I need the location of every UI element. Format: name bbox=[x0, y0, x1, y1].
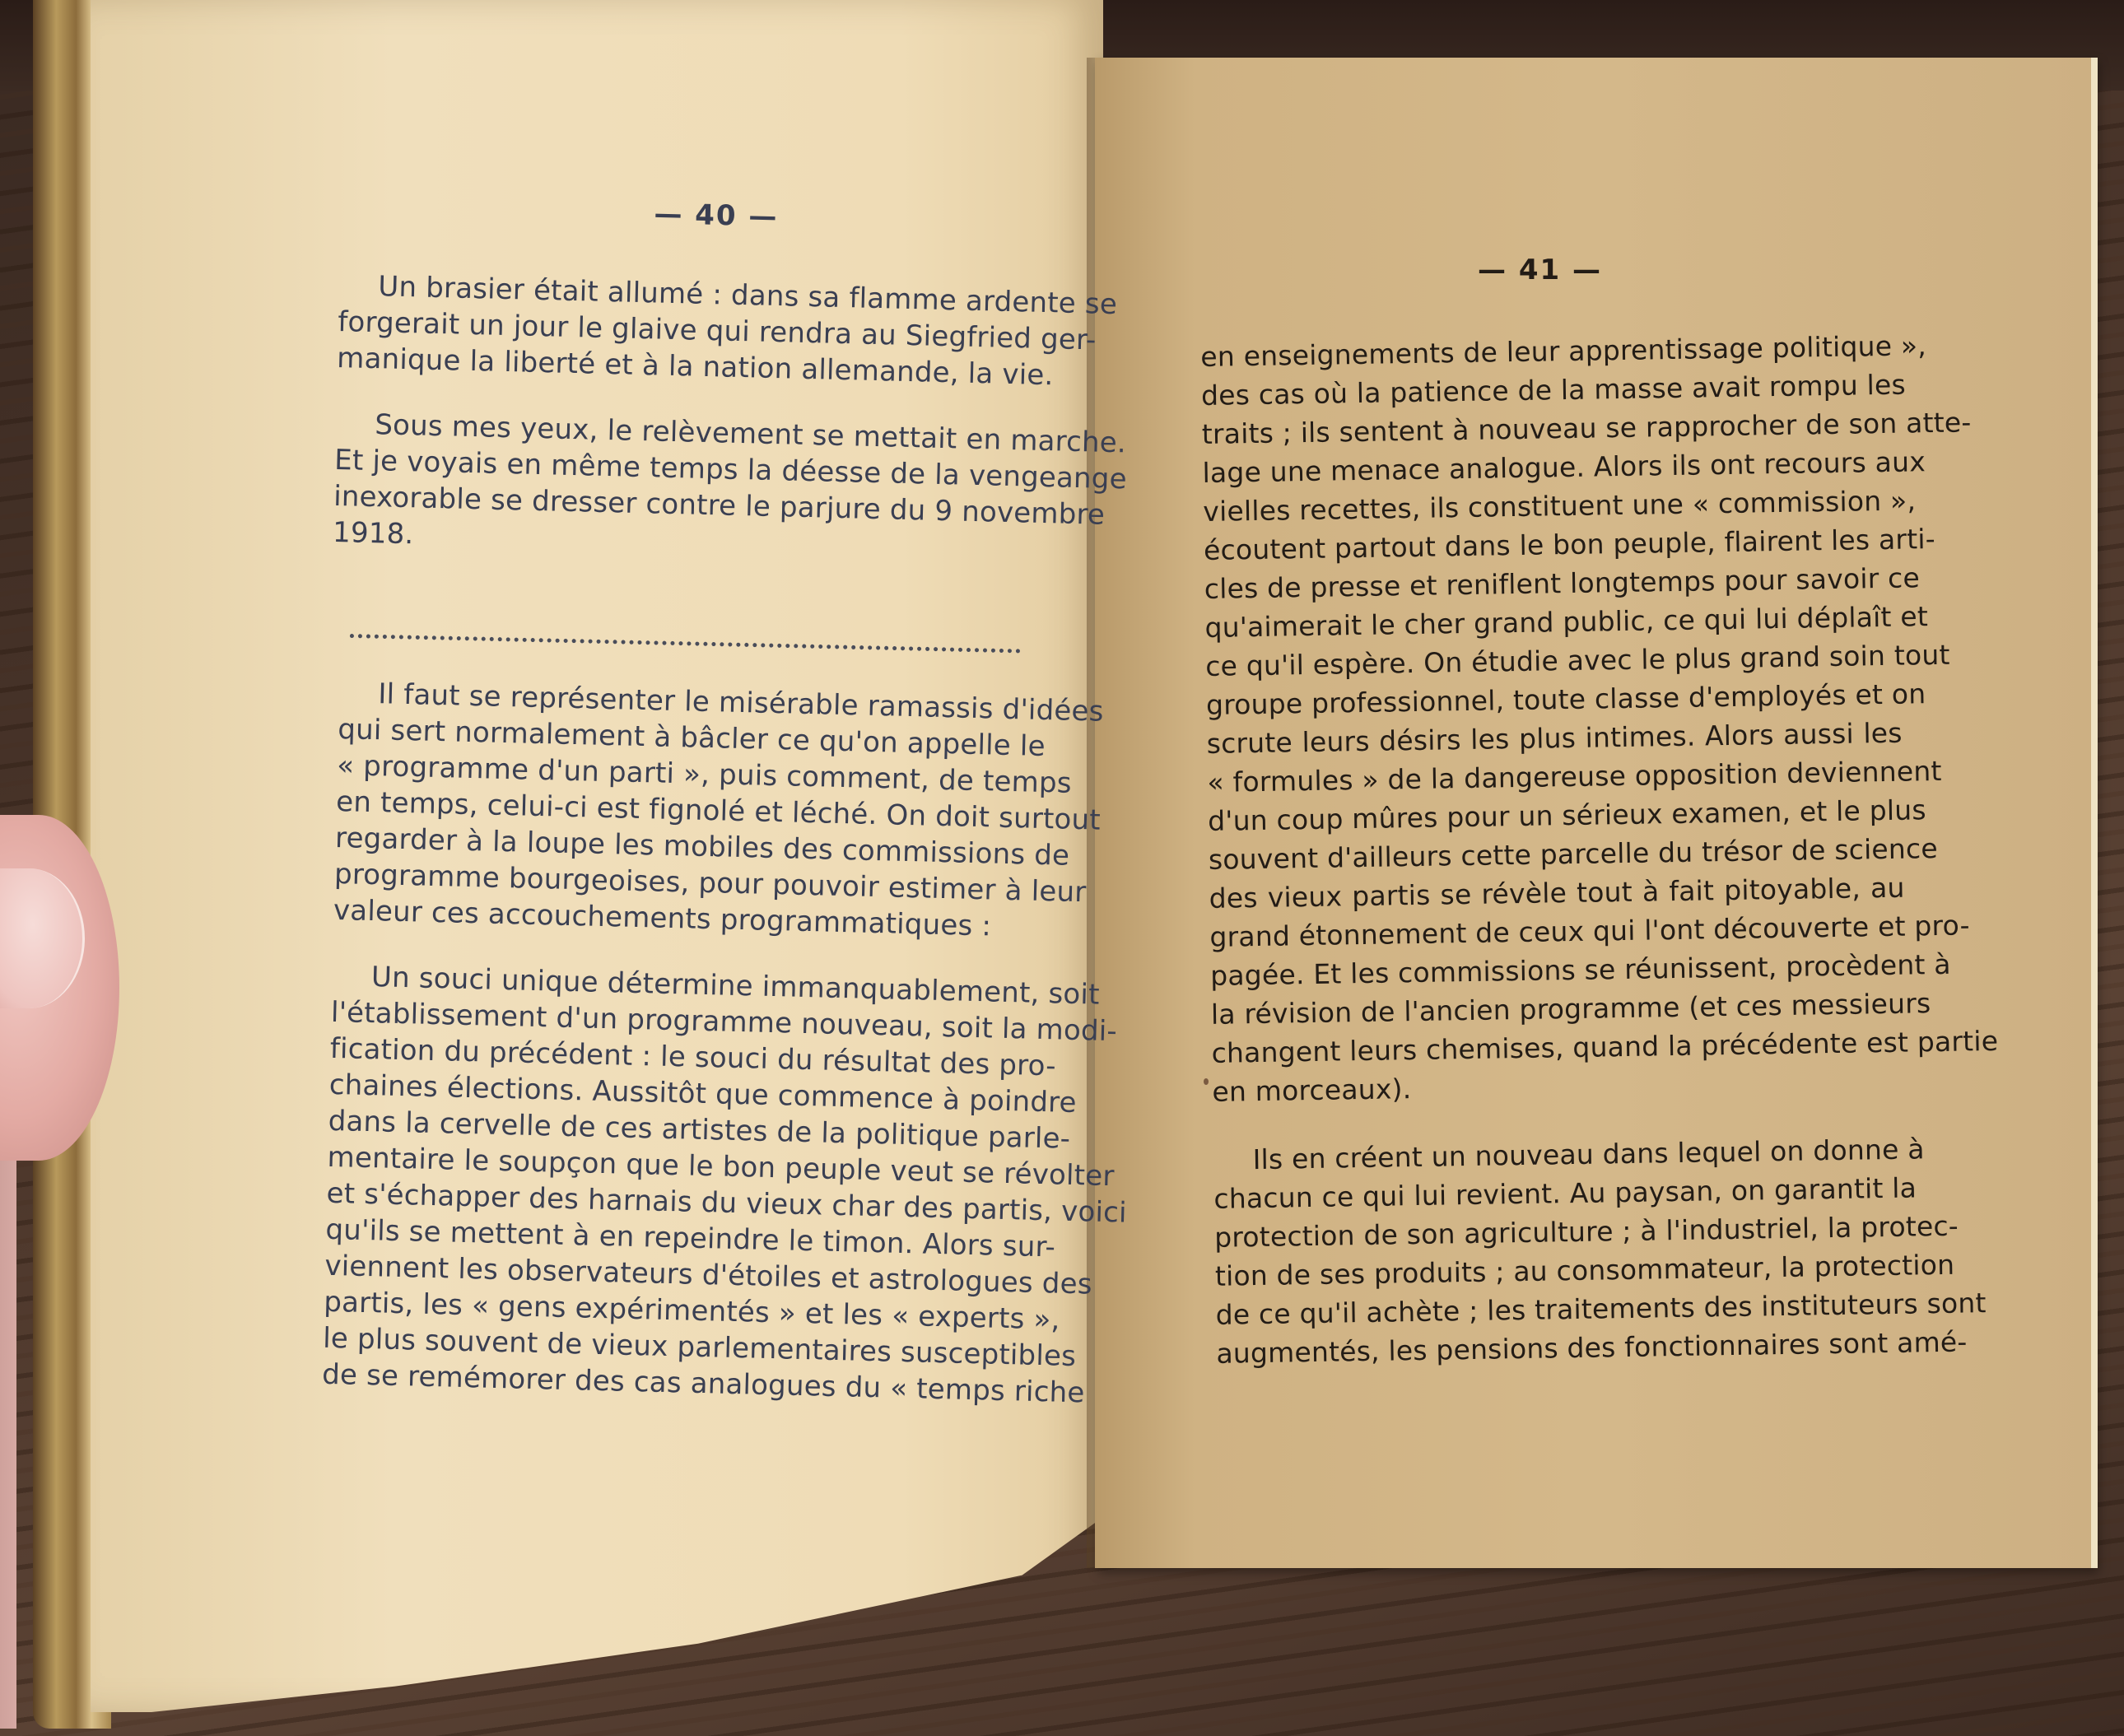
paper-spot bbox=[1204, 1078, 1209, 1085]
thumb-base bbox=[0, 1136, 16, 1729]
left-page-text-top: Un brasier était allumé : dans sa flamme… bbox=[332, 268, 1022, 597]
page-number-41: — 41 — bbox=[1478, 251, 1602, 290]
paragraph: Sous mes yeux, le relèvement se mettait … bbox=[333, 406, 1019, 567]
paragraph: Ils en créent un nouveau dans lequel on … bbox=[1213, 1130, 1912, 1373]
page-number-40: — 40 — bbox=[654, 196, 779, 235]
left-page-text-bottom: Il faut se représenter le misérable rama… bbox=[321, 675, 1022, 1439]
paragraph: Il faut se représenter le misérable rama… bbox=[333, 675, 1022, 945]
paragraph: Un brasier était allumé : dans sa flamme… bbox=[337, 268, 1022, 393]
paragraph: en enseignements de leur apprentissage p… bbox=[1200, 327, 1908, 1111]
right-page-edge bbox=[2091, 58, 2098, 1568]
paragraph: Un souci unique détermine immanquablemen… bbox=[322, 958, 1016, 1409]
right-page-text: en enseignements de leur apprentissage p… bbox=[1200, 327, 1912, 1403]
